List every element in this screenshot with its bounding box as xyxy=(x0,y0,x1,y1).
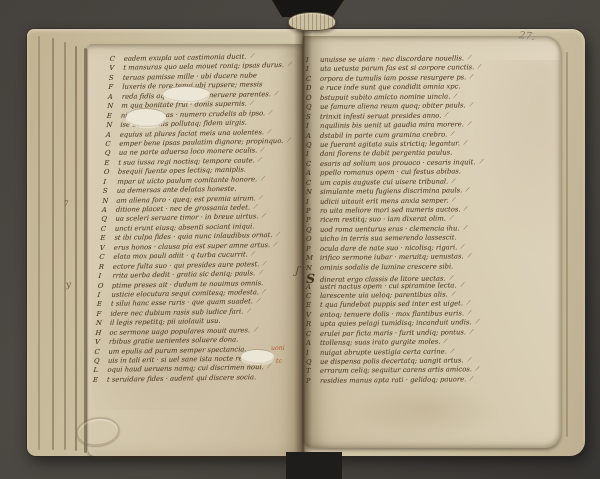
line-initial: Q xyxy=(101,215,111,225)
line-end-flourish: / xyxy=(467,53,471,63)
headband xyxy=(288,12,336,31)
line-initial: O xyxy=(98,281,108,291)
line-initial: C xyxy=(101,225,111,235)
line-initial: V xyxy=(100,244,110,254)
line-end-flourish: / xyxy=(464,204,468,214)
line-end-flourish: / xyxy=(250,99,255,109)
line-end-flourish: / xyxy=(274,89,279,99)
line-end-flourish: / xyxy=(452,195,456,205)
line-end-flourish: / xyxy=(253,325,258,335)
left-page-text: Ceadem exupla uot castimonia ducit./Vt m… xyxy=(93,52,310,386)
cover-crease-line xyxy=(566,52,568,437)
line-initial: I xyxy=(98,272,108,282)
line-end-flourish: / xyxy=(262,259,267,269)
line-end-flourish: / xyxy=(450,346,454,356)
margin-mark: 7 xyxy=(64,200,68,208)
line-end-flourish: / xyxy=(453,91,457,101)
gutter-shadow xyxy=(294,30,312,455)
line-end-flourish: / xyxy=(467,119,471,129)
line-end-flourish: / xyxy=(450,129,454,139)
line-end-flourish: / xyxy=(267,362,272,372)
line-initial: S xyxy=(109,74,119,84)
line-end-flourish: / xyxy=(475,317,479,327)
line-initial: R xyxy=(99,262,109,272)
line-end-flourish: / xyxy=(260,146,265,156)
line-initial: E xyxy=(104,159,114,169)
line-end-flourish: / xyxy=(445,110,449,120)
line-end-flourish: / xyxy=(469,72,473,82)
page-edge-line xyxy=(38,36,40,450)
line-end-flourish: / xyxy=(475,365,479,375)
parchment-hole xyxy=(241,349,274,364)
line-initial: V xyxy=(95,338,105,348)
page-edge-line xyxy=(64,42,66,450)
line-end-flourish: / xyxy=(275,230,280,240)
line-end-flourish: / xyxy=(262,287,267,297)
line-end-flourish: / xyxy=(258,155,263,165)
line-end-flourish: / xyxy=(260,174,265,184)
line-initial: C xyxy=(105,140,115,150)
rubric-margin-note: tc xyxy=(276,358,282,365)
line-initial: I xyxy=(97,291,107,301)
rubric-margin-note: uoni xyxy=(271,345,285,352)
line-initial: V xyxy=(109,64,119,74)
line-end-flourish: / xyxy=(259,193,264,203)
line-end-flourish: / xyxy=(286,136,291,146)
line-end-flourish: / xyxy=(451,176,455,186)
line-text: residies manus apta rati · gelidoq; pauo… xyxy=(320,375,466,386)
line-initial: E xyxy=(97,300,107,310)
line-initial: E xyxy=(100,234,110,244)
line-initial: Q xyxy=(94,357,104,367)
line-end-flourish: / xyxy=(479,157,483,167)
line-initial: S xyxy=(103,187,113,197)
line-end-flourish: / xyxy=(273,240,278,250)
line-initial: E xyxy=(93,376,103,386)
line-initial: N xyxy=(102,196,112,206)
line-end-flourish: / xyxy=(253,202,258,212)
line-end-flourish: / xyxy=(258,268,263,278)
line-text: ominis sodalis de lumine crescere sibi. xyxy=(320,262,453,273)
line-end-flourish: / xyxy=(467,251,471,261)
page-edge-line xyxy=(84,48,87,453)
line-initial: Q xyxy=(105,149,115,159)
line-initial: C xyxy=(99,253,109,263)
line-end-flourish: / xyxy=(460,242,464,252)
line-end-flourish: / xyxy=(469,100,473,110)
line-end-flourish: / xyxy=(287,60,292,70)
line-end-flourish: / xyxy=(268,108,273,118)
line-end-flourish: / xyxy=(267,127,272,137)
line-end-flourish: / xyxy=(465,185,469,195)
line-end-flourish: / xyxy=(460,280,464,290)
line-end-flourish: / xyxy=(249,51,254,61)
line-initial: N xyxy=(106,121,116,131)
page-edge-line xyxy=(52,38,54,450)
parchment-hole xyxy=(126,108,166,127)
line-end-flourish: / xyxy=(444,337,448,347)
parchment-hole xyxy=(163,86,210,102)
line-end-flourish: / xyxy=(246,306,251,316)
line-initial: F xyxy=(96,310,106,320)
line-initial: C xyxy=(110,55,120,65)
line-end-flourish: / xyxy=(467,308,471,318)
right-page-text: Iunuisse se uiam · nec discordare nouell… xyxy=(306,53,546,386)
line-end-flourish: / xyxy=(467,355,471,365)
line-initial: H xyxy=(95,329,105,339)
page-edge-line xyxy=(75,46,77,451)
manuscript-photo: Ceadem exupla uot castimonia ducit./Vt m… xyxy=(0,0,600,479)
line-end-flourish: / xyxy=(477,63,481,73)
line-initial: A xyxy=(108,93,118,103)
folio-number: 27. xyxy=(518,30,535,43)
line-end-flourish: / xyxy=(256,296,261,306)
line-initial: A xyxy=(102,206,112,216)
line-initial: I xyxy=(103,178,113,188)
line-initial: N xyxy=(96,319,106,329)
line-end-flourish: / xyxy=(451,289,455,299)
line-initial: L xyxy=(93,366,103,376)
line-end-flourish: / xyxy=(261,212,266,222)
line-end-flourish: / xyxy=(463,138,467,148)
line-end-flourish: / xyxy=(251,249,256,259)
line-end-flourish: / xyxy=(463,223,467,233)
line-initial: C xyxy=(94,347,104,357)
line-end-flourish: / xyxy=(449,214,453,224)
line-initial: O xyxy=(104,168,114,178)
line-initial: A xyxy=(106,130,116,140)
line-initial: N xyxy=(107,102,117,112)
line-initial: F xyxy=(108,83,118,93)
line-initial: E xyxy=(107,111,117,121)
line-end-flourish: / xyxy=(466,299,470,309)
book-cradle-strap-bottom xyxy=(286,452,342,479)
line-end-flourish: / xyxy=(469,327,473,337)
line-end-flourish: / xyxy=(469,374,473,384)
